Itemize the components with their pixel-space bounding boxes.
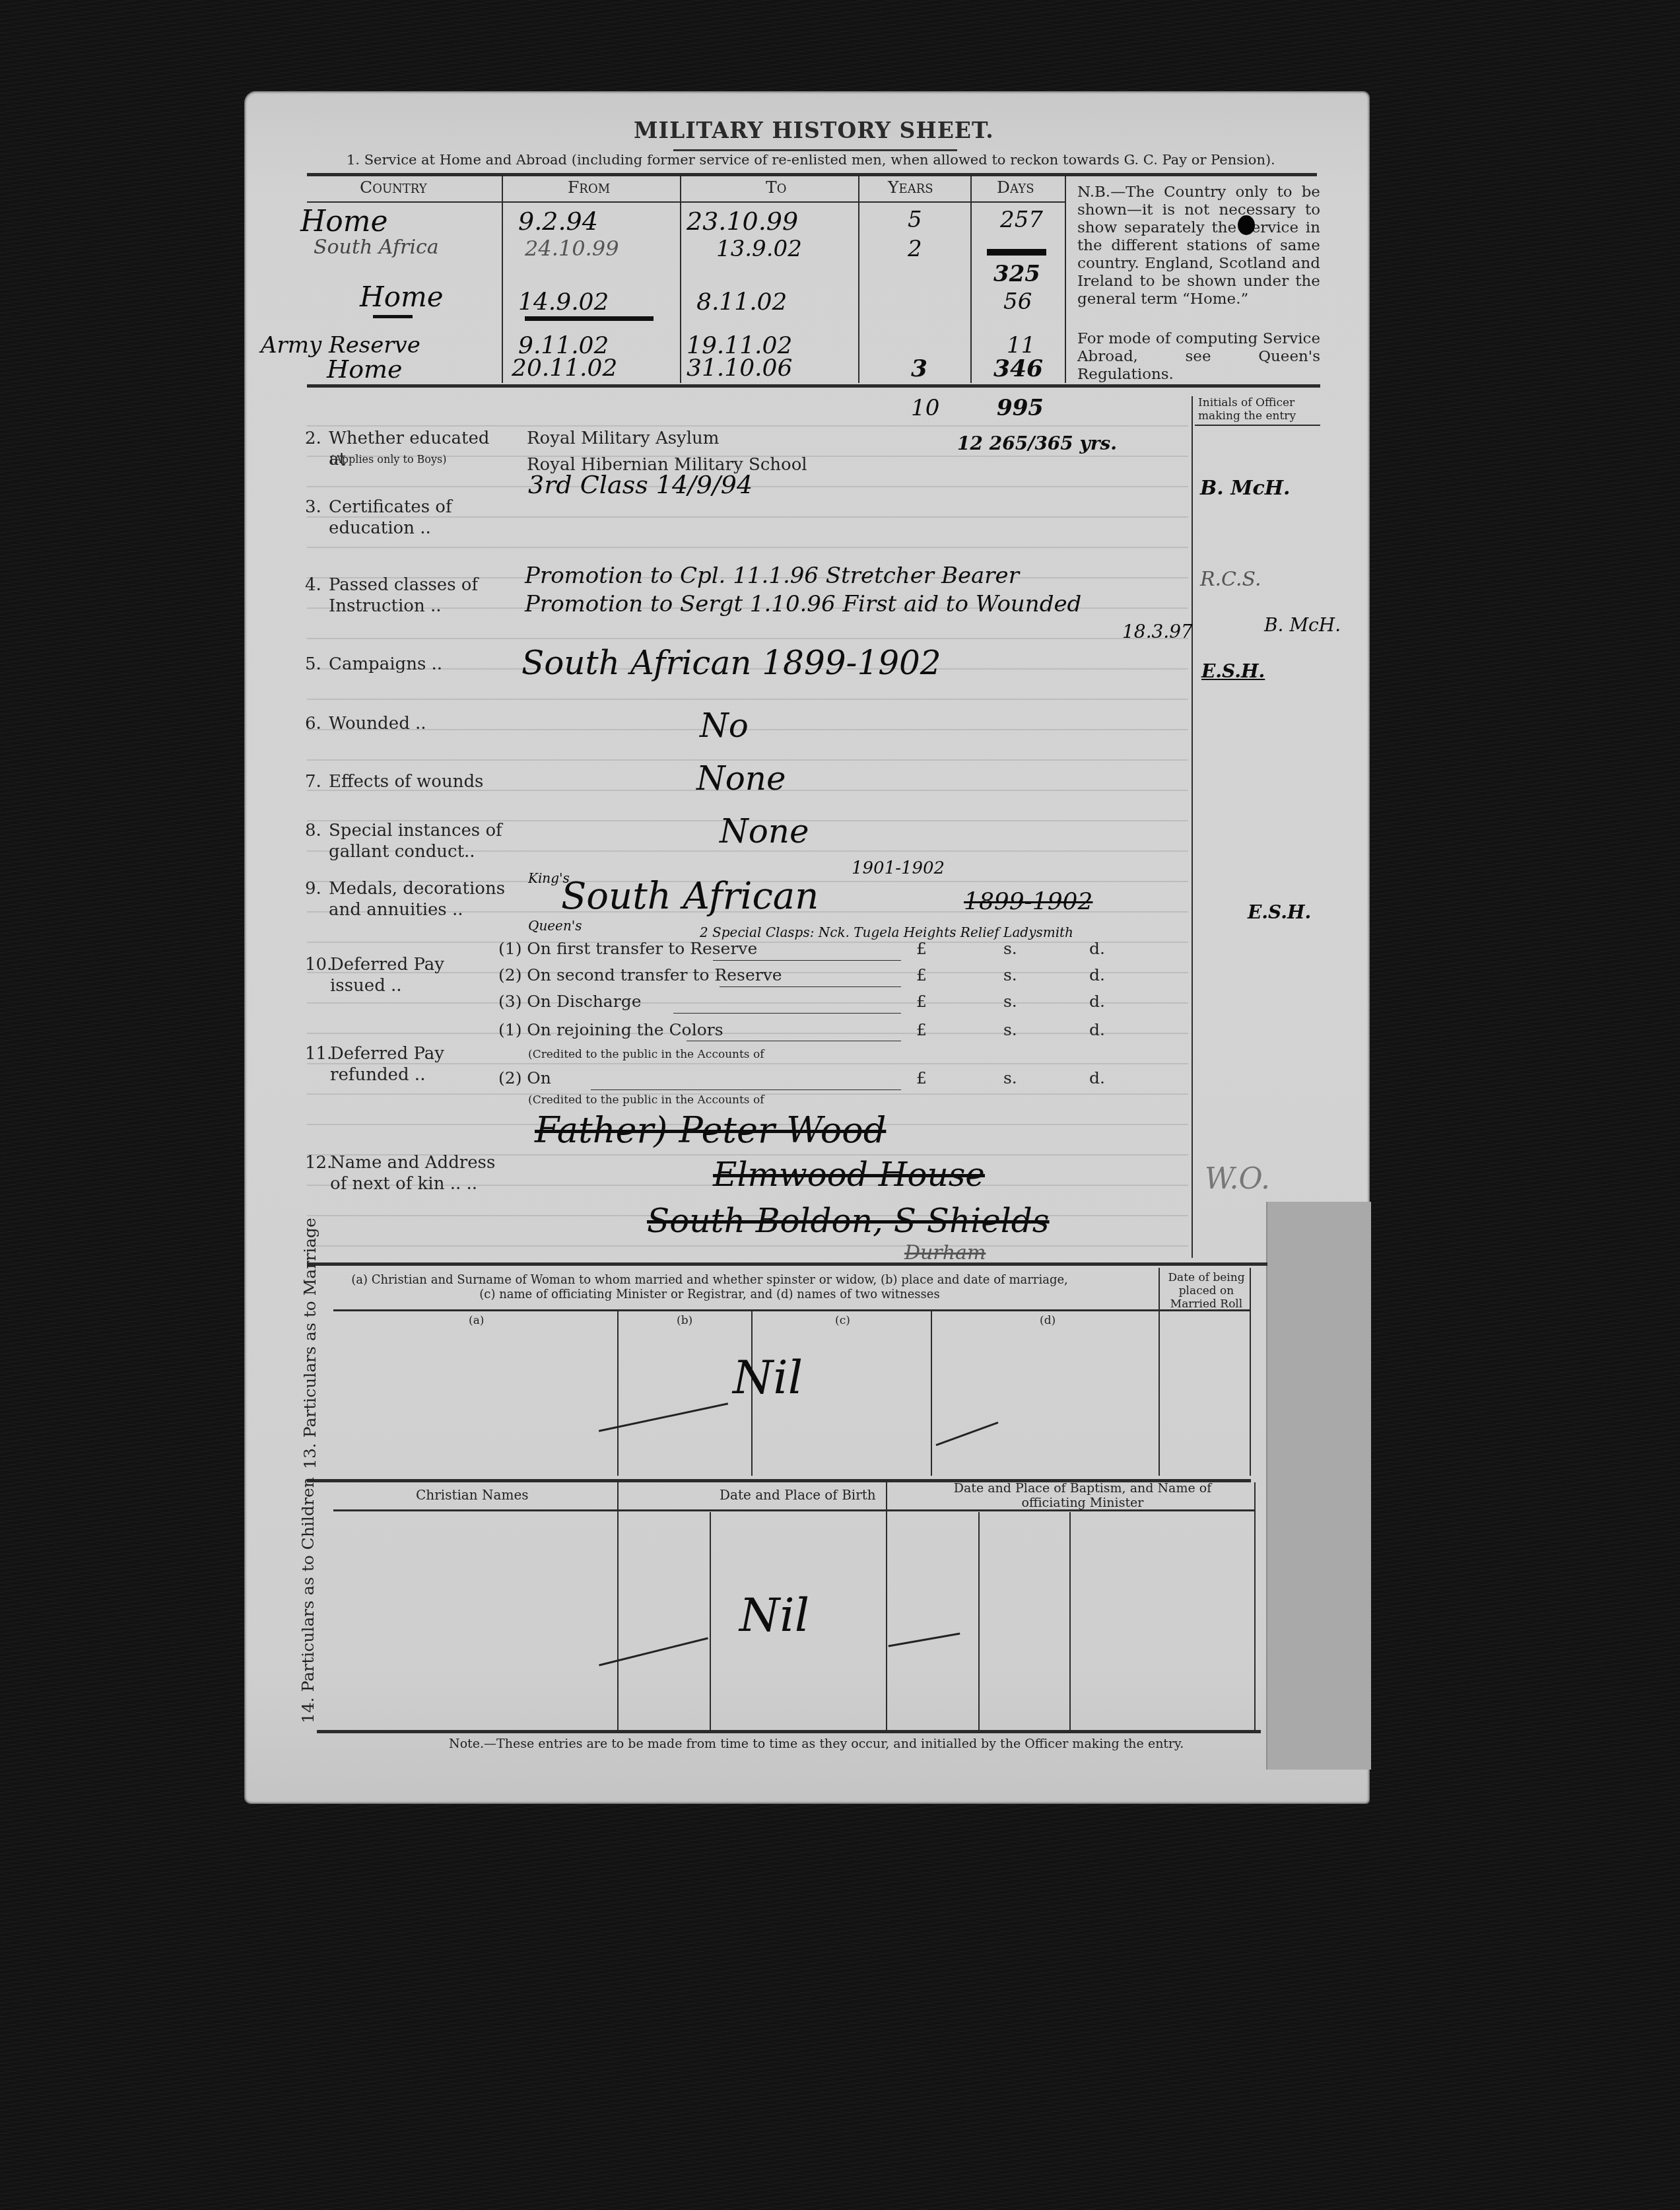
- column-header-to: To: [766, 178, 786, 197]
- medal-prefix: Queen's: [528, 918, 582, 934]
- column-divider: [680, 175, 681, 383]
- next-of-kin-line: Father) Peter Wood: [535, 1109, 886, 1151]
- next-of-kin-line: Elmwood House: [713, 1156, 985, 1194]
- initials-column-divider: [1192, 396, 1193, 1258]
- row-country: Home: [327, 355, 403, 384]
- credited-note: (Credited to the public in the Accounts …: [528, 1093, 764, 1107]
- folded-flap: [1266, 1202, 1371, 1770]
- column-divider: [1254, 1482, 1256, 1730]
- section-13-label: 13. Particulars as to Marriage: [300, 1218, 319, 1469]
- currency-shillings: s.: [1003, 965, 1017, 984]
- section-8-entry: None: [720, 812, 809, 850]
- next-of-kin-line: South Boldon, S Shields: [647, 1202, 1050, 1240]
- section-12-label: Name and Address of next of kin .. ..: [330, 1152, 515, 1194]
- row-country: Home: [360, 281, 444, 313]
- scribble-out: [987, 249, 1046, 256]
- credited-note: (Credited to the public in the Accounts …: [528, 1048, 764, 1061]
- section-5-label: Campaigns ..: [329, 654, 507, 675]
- column-divider: [710, 1512, 711, 1730]
- deferred-pay-item: (1) On first transfer to Reserve: [498, 939, 757, 958]
- divider: [333, 1509, 1254, 1511]
- married-roll-header: Date of being placed on Married Roll: [1162, 1271, 1251, 1311]
- row-to: 23.10.99: [687, 207, 798, 236]
- section-7-label: Effects of wounds: [329, 771, 507, 792]
- footer-note: Note.—These entries are to be made from …: [449, 1737, 1184, 1751]
- section-5-entry: South African 1899-1902: [521, 644, 941, 682]
- column-header-christian-names: Christian Names: [416, 1487, 529, 1503]
- row-days: 56: [1003, 289, 1032, 315]
- column-header-c: (c): [835, 1314, 850, 1327]
- divider: [1195, 425, 1320, 426]
- section-6-num: 6.: [305, 713, 321, 734]
- nb-note: N.B.—The Country only to be shown—it is …: [1077, 184, 1320, 308]
- divider: [317, 1730, 1261, 1733]
- row-to: 13.9.02: [716, 236, 802, 262]
- section-2-num: 2.: [305, 428, 321, 449]
- blank-line: [713, 960, 901, 961]
- section-4-entry: Promotion to Cpl. 11.1.96 Stretcher Bear…: [525, 563, 1019, 589]
- currency-pence: d.: [1089, 992, 1105, 1011]
- section-10-num: 10.: [305, 954, 332, 975]
- medal-years: 1901-1902: [852, 858, 945, 878]
- section-7-num: 7.: [305, 771, 321, 792]
- column-header-baptism: Date and Place of Baptism, and Name of o…: [941, 1481, 1225, 1510]
- medal-clasps: 2 Special Clasps: Nck. Tugela Heights Re…: [700, 924, 1073, 940]
- column-divider: [931, 1311, 932, 1476]
- row-from: 14.9.02: [518, 289, 609, 316]
- blank-line: [687, 1041, 901, 1041]
- column-divider: [886, 1482, 887, 1730]
- row-country: South Africa: [314, 236, 439, 259]
- section-4-entry: 18.3.97: [1122, 621, 1193, 642]
- blank-line: [720, 986, 901, 987]
- column-header-days: Days: [997, 178, 1034, 197]
- currency-pounds: £: [916, 1020, 927, 1039]
- column-header-from: From: [568, 178, 610, 197]
- column-divider: [1069, 1512, 1071, 1730]
- currency-pounds: £: [916, 992, 927, 1011]
- divider: [307, 201, 1066, 203]
- section-6-entry: No: [700, 707, 749, 745]
- section-12-num: 12.: [305, 1152, 332, 1173]
- officer-initials: B. McH.: [1264, 614, 1341, 636]
- divider: [333, 1309, 1251, 1311]
- title-underline: [673, 149, 957, 151]
- column-divider: [617, 1311, 619, 1476]
- refund-item: (1) On rejoining the Colors: [498, 1020, 723, 1039]
- marriage-header: (a) Christian and Surname of Woman to wh…: [343, 1273, 1076, 1302]
- struck-entry: [525, 316, 654, 321]
- section-4-label: Passed classes of Instruction ..: [329, 574, 507, 617]
- nb-note-2: For mode of computing Service Abroad, se…: [1077, 330, 1320, 384]
- row-years: 2: [908, 236, 922, 262]
- struck-entry: [373, 315, 413, 318]
- section-6-label: Wounded ..: [329, 713, 507, 734]
- column-divider: [1159, 1268, 1160, 1476]
- refund-item: (2) On: [498, 1068, 551, 1088]
- divider: [307, 384, 1320, 388]
- column-header-country: Country: [360, 178, 427, 197]
- section-9-entry: South African: [561, 875, 819, 918]
- column-divider: [1250, 1268, 1251, 1476]
- column-divider: [617, 1482, 619, 1730]
- column-divider: [858, 175, 859, 383]
- column-divider: [978, 1512, 980, 1730]
- page-title: MILITARY HISTORY SHEET.: [634, 118, 994, 143]
- column-divider: [502, 175, 503, 383]
- medal-years-struck: 1899-1902: [964, 888, 1092, 915]
- column-divider: [970, 175, 972, 383]
- section-3-label: Certificates of education ..: [329, 497, 507, 539]
- row-years: 3: [911, 355, 927, 382]
- section-8-label: Special instances of gallant conduct..: [329, 820, 507, 862]
- section-5-num: 5.: [305, 654, 321, 675]
- row-from: 9.2.94: [518, 207, 598, 236]
- currency-pence: d.: [1089, 965, 1105, 984]
- section-8-num: 8.: [305, 820, 321, 841]
- column-header-birth: Date and Place of Birth: [720, 1487, 876, 1503]
- column-divider: [1065, 175, 1066, 383]
- marriage-entry: Nil: [733, 1350, 803, 1404]
- currency-pence: d.: [1089, 939, 1105, 958]
- officer-initials: B. McH.: [1200, 477, 1291, 500]
- currency-shillings: s.: [1003, 939, 1017, 958]
- section-7-entry: None: [696, 759, 786, 798]
- row-from: 24.10.99: [525, 236, 619, 261]
- section-4-num: 4.: [305, 574, 321, 596]
- section-11-label: Deferred Pay refunded ..: [330, 1043, 462, 1086]
- officer-initials: E.S.H.: [1248, 901, 1311, 923]
- punch-hole: [1238, 215, 1255, 235]
- blank-line: [673, 1013, 901, 1014]
- row-country: Home: [300, 205, 388, 238]
- currency-shillings: s.: [1003, 992, 1017, 1011]
- row-days: 346: [993, 355, 1043, 382]
- officer-initials: R.C.S.: [1200, 568, 1261, 591]
- section-3-entry: 3rd Class 14/9/94: [528, 470, 753, 499]
- section1-label: 1. Service at Home and Abroad (including…: [347, 152, 1275, 168]
- row-years: 5: [908, 207, 922, 233]
- currency-pounds: £: [916, 1068, 927, 1088]
- currency-pence: d.: [1089, 1020, 1105, 1039]
- currency-shillings: s.: [1003, 1068, 1017, 1088]
- section-2-option: Royal Military Asylum: [527, 428, 719, 449]
- section-3-num: 3.: [305, 497, 321, 518]
- row-days: 257: [1000, 207, 1043, 233]
- deferred-pay-item: (3) On Discharge: [498, 992, 642, 1011]
- section-10-label: Deferred Pay issued ..: [330, 954, 462, 996]
- officer-initials: E.S.H.: [1201, 660, 1265, 682]
- section-9-num: 9.: [305, 878, 321, 899]
- row-to: 31.10.06: [687, 355, 792, 382]
- currency-pence: d.: [1089, 1068, 1105, 1088]
- officer-initials: W.O.: [1205, 1162, 1270, 1196]
- column-header-a: (a): [469, 1314, 484, 1327]
- row-from: 20.11.02: [512, 355, 617, 382]
- section-14-label: 14. Particulars as to Children: [298, 1477, 318, 1723]
- currency-pounds: £: [916, 965, 927, 984]
- column-header-b: (b): [677, 1314, 692, 1327]
- service-table: Country From To Years Days Home 9.2.94 2…: [307, 175, 1066, 383]
- children-entry: Nil: [739, 1588, 809, 1642]
- blank-line: [591, 1089, 901, 1090]
- column-header-d: (d): [1040, 1314, 1056, 1327]
- deferred-pay-item: (2) On second transfer to Reserve: [498, 965, 782, 984]
- next-of-kin-line: Durham: [904, 1241, 986, 1264]
- row-to: 8.11.02: [696, 289, 787, 316]
- initials-header: Initials of Officer making the entry: [1198, 396, 1324, 423]
- section-9-label: Medals, decorations and annuities ..: [329, 878, 514, 920]
- section-2-sublabel: (Applies only to Boys): [330, 449, 447, 470]
- column-header-years: Years: [888, 178, 933, 197]
- currency-pounds: £: [916, 939, 927, 958]
- row-days: 325: [993, 261, 1040, 287]
- currency-shillings: s.: [1003, 1020, 1017, 1039]
- section-11-num: 11.: [305, 1043, 332, 1064]
- divider: [307, 1262, 1267, 1266]
- section-4-entry: Promotion to Sergt 1.10.96 First aid to …: [525, 591, 1081, 617]
